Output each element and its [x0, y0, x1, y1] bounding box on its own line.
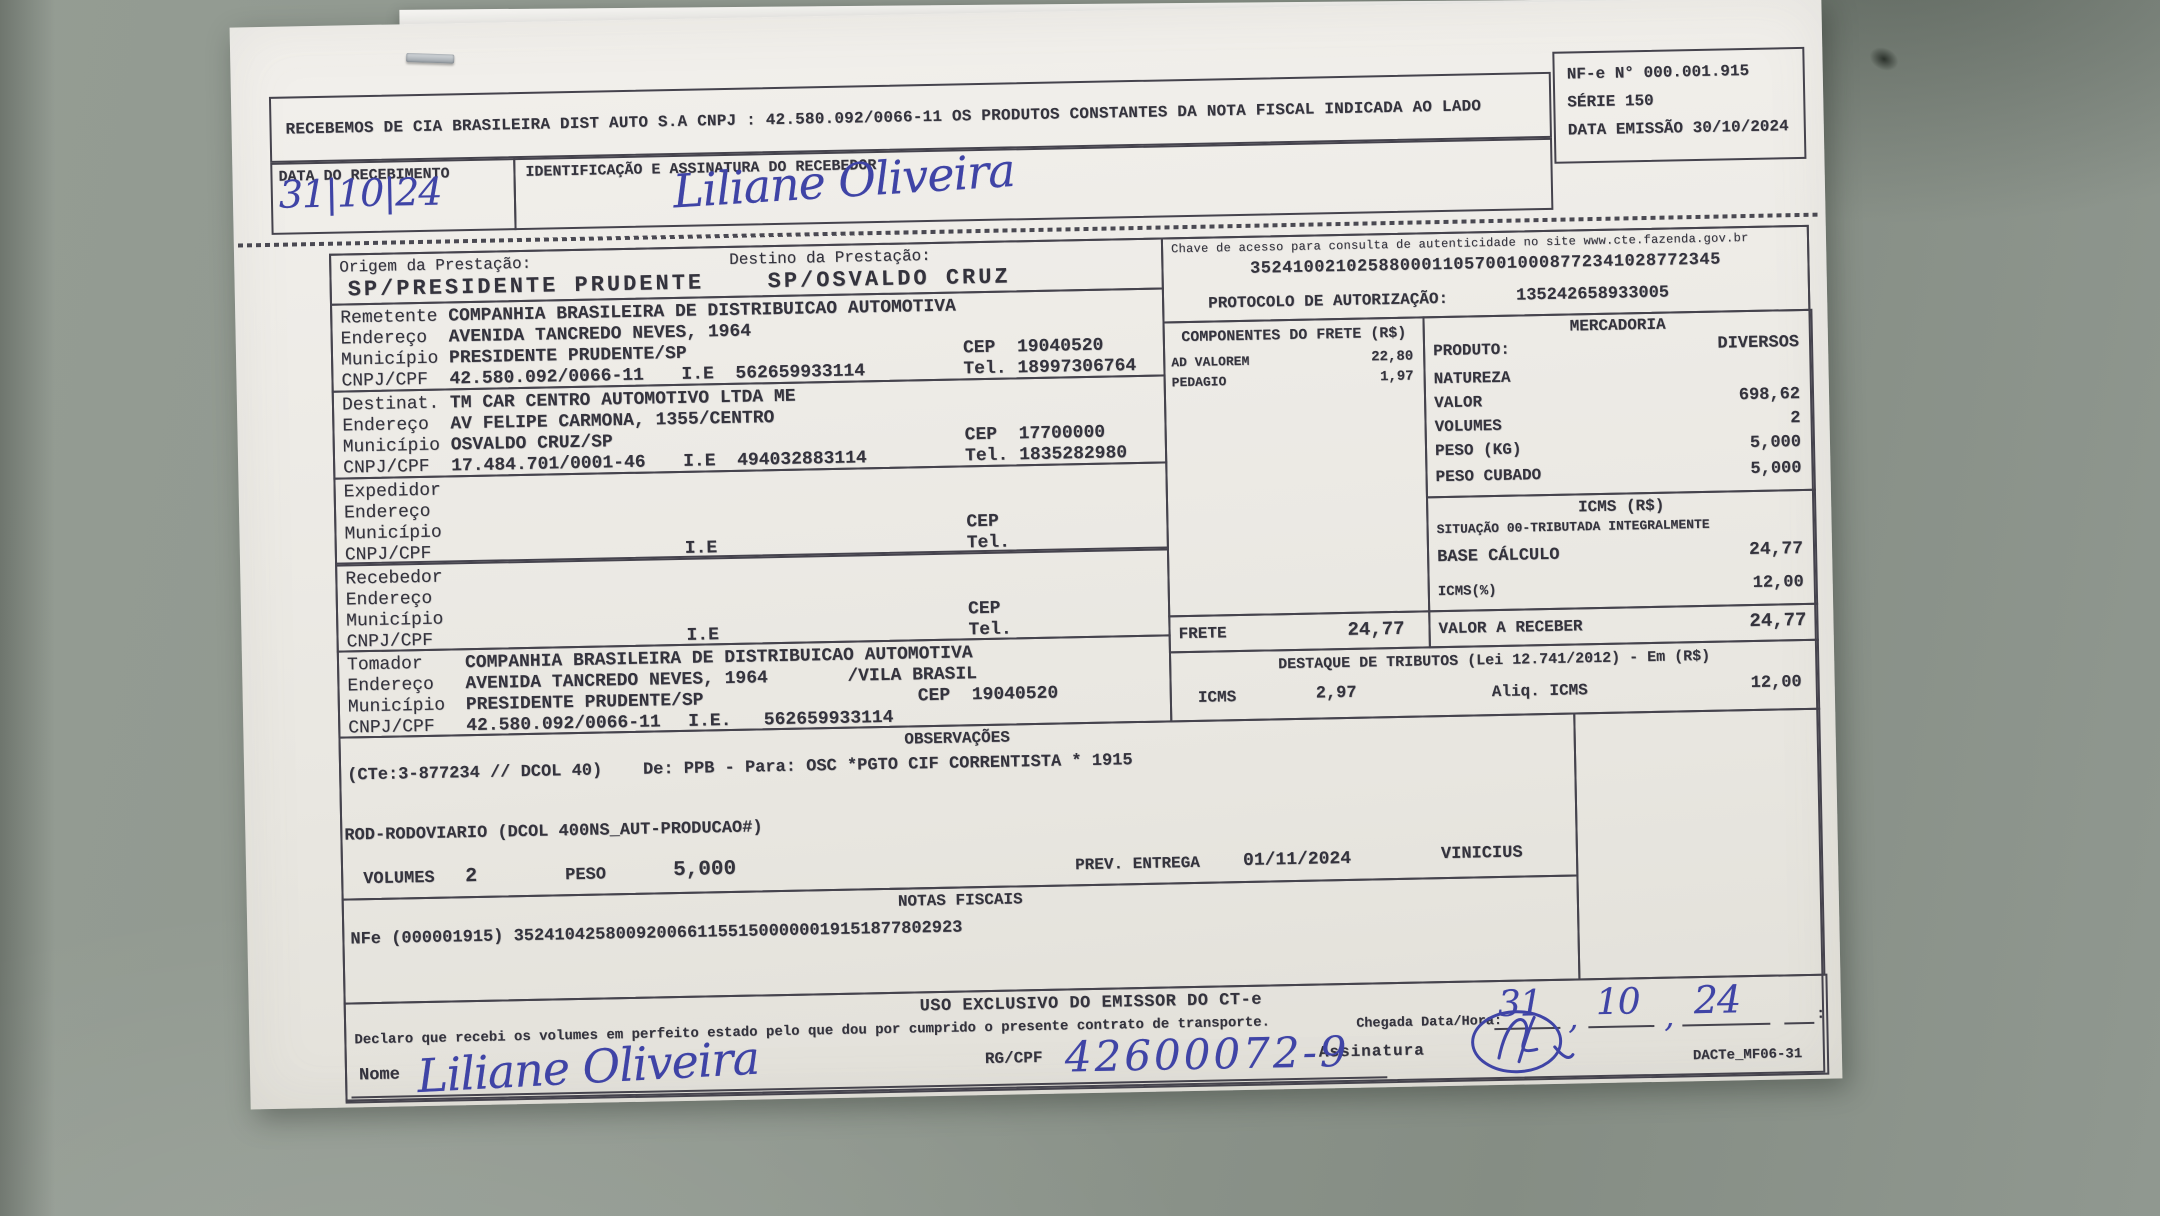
frete-label: FRETE	[1178, 624, 1226, 643]
rg-cpf-handwriting: 42600072-9	[1064, 1027, 1350, 1082]
protocolo-label: PROTOCOLO DE AUTORIZAÇÃO:	[1208, 290, 1448, 313]
nome-label: Nome	[359, 1066, 400, 1086]
componente-value: 22,80	[1371, 349, 1413, 366]
base-calculo-value: 24,77	[1749, 539, 1803, 560]
chegada-mes-line	[1588, 1025, 1654, 1028]
nfe-data-emissao: DATA EMISSÃO 30/10/2024	[1568, 117, 1789, 139]
icms-title: ICMS (R$)	[1428, 494, 1814, 520]
photo-background: RECEBEMOS DE CIA BRASILEIRA DIST AUTO S.…	[0, 0, 2160, 1216]
data-recebimento-handwriting: 31|10|24	[278, 170, 442, 217]
staple	[406, 53, 454, 64]
chegada-mes-handwriting: 10	[1595, 981, 1640, 1023]
destaque-aliq-label: Aliq. ICMS	[1492, 681, 1588, 701]
main-form: Origem da Prestação: SP/PRESIDENTE PRUDE…	[329, 225, 1825, 1102]
protocolo-value: 135242658933005	[1516, 284, 1669, 306]
prev-entrega-label: PREV. ENTREGA	[1075, 854, 1200, 874]
party-endereco: Endereço	[346, 589, 433, 611]
party-endereco: Endereço	[344, 502, 431, 524]
obs-volumes-label: VOLUMES	[363, 869, 435, 889]
nfe-number: NF-e N° 000.001.915	[1567, 62, 1750, 84]
observacoes-line2: ROD-RODOVIARIO (DCOL 400NS_AUT-PRODUCAO#…	[344, 818, 763, 845]
chegada-ano-line	[1682, 1023, 1770, 1027]
nfe-serie: SÉRIE 150	[1567, 92, 1654, 112]
componente-value: 1,97	[1380, 369, 1414, 386]
icms-box: ICMS (R$) SITUAÇÃO 00-TRIBUTADA INTEGRAL…	[1426, 489, 1818, 613]
componentes-frete-box: COMPONENTES DO FRETE (R$) AD VALOREM 22,…	[1162, 316, 1430, 617]
componentes-title: COMPONENTES DO FRETE (R$)	[1165, 324, 1423, 346]
expedidor-box: Expedidor Endereço Município CEP CNPJ/CP…	[333, 461, 1169, 564]
obs-peso-value: 5,000	[673, 858, 736, 882]
valor-receber-value: 24,77	[1749, 609, 1806, 632]
doc-code: DACTe_MF06-31	[1693, 1046, 1803, 1064]
destaque-icms-value: 2,97	[1316, 684, 1357, 704]
chegada-hora-line	[1784, 1022, 1814, 1025]
obs-volumes-value: 2	[465, 865, 477, 888]
peso-cubado-label: PESO CUBADO	[1435, 466, 1541, 486]
base-calculo-label: BASE CÁLCULO	[1437, 546, 1560, 567]
assinatura-scribble-icon	[1466, 999, 1578, 1085]
party-tel: Tel.	[967, 533, 1011, 554]
icms-aliq-label: ICMS(%)	[1438, 583, 1497, 600]
frete-value: 24,77	[1347, 618, 1404, 641]
natureza-label: NATUREZA	[1434, 369, 1511, 388]
party-bairro: /VILA BRASIL	[847, 664, 977, 687]
party-cep: CEP	[968, 599, 1001, 620]
valor-receber-label: VALOR A RECEBER	[1438, 617, 1582, 638]
uso-exclusivo-title: USO EXCLUSIVO DO EMISSOR DO CT-e	[919, 991, 1262, 1017]
prev-entrega-value: 01/11/2024	[1243, 849, 1351, 871]
party-role: Recebedor	[345, 568, 443, 590]
chave-acesso-box: Chave de acesso para consulta de autenti…	[1161, 225, 1811, 324]
componente-label: AD VALOREM	[1171, 354, 1249, 371]
produto-label: PRODUTO:	[1433, 341, 1510, 360]
volumes-label: VOLUMES	[1434, 417, 1502, 436]
chegada-ano-handwriting: 24	[1693, 977, 1740, 1022]
party-cep: CEP	[966, 512, 999, 533]
chegada-colon: :	[1816, 1006, 1825, 1023]
party-municipio: Município	[346, 610, 444, 632]
notas-line: NFe (000001915) 352410425800920066115515…	[350, 919, 962, 950]
produto-value: DIVERSOS	[1717, 333, 1799, 354]
destaque-icms-label: ICMS	[1198, 688, 1237, 707]
party-role: Expedidor	[343, 481, 441, 503]
valor-value: 698,62	[1739, 385, 1801, 405]
peso-cubado-value: 5,000	[1750, 459, 1801, 479]
party-municipio: Município	[344, 523, 442, 545]
destaque-title: DESTAQUE DE TRIBUTOS (Lei 12.741/2012) -…	[1171, 646, 1817, 676]
party-cep: CEP 17700000	[964, 423, 1105, 446]
mercadoria-box: MERCADORIA PRODUTO: DIVERSOS NATUREZA VA…	[1422, 309, 1815, 499]
icms-aliq-value: 12,00	[1753, 573, 1804, 593]
party-ie: I.E	[685, 538, 718, 559]
rg-cpf-label: RG/CPF	[985, 1049, 1043, 1068]
icms-situacao: SITUAÇÃO 00-TRIBUTADA INTEGRALMENTE	[1436, 517, 1709, 537]
party-cep: CEP 19040520	[918, 684, 1059, 707]
valor-label: VALOR	[1434, 393, 1482, 412]
conferente-name: VINICIUS	[1441, 844, 1523, 865]
right-empty-box	[1573, 708, 1825, 981]
peso-label: PESO (KG)	[1435, 440, 1522, 460]
destaque-aliq-value: 12,00	[1750, 673, 1801, 693]
observacoes-box: OBSERVAÇÕES (CTe:3-877234 // DCOL 40) De…	[338, 712, 1578, 900]
dacte-document: RECEBEMOS DE CIA BRASILEIRA DIST AUTO S.…	[230, 0, 1843, 1109]
volumes-value: 2	[1790, 409, 1801, 428]
obs-peso-label: PESO	[565, 865, 606, 885]
componente-label: PEDAGIO	[1172, 374, 1227, 390]
party-cep: CEP 19040520	[963, 336, 1104, 359]
desk-smudge	[1866, 43, 1902, 76]
origem-label: Origem da Prestação:	[339, 255, 531, 277]
nfe-box: NF-e N° 000.001.915 SÉRIE 150 DATA EMISS…	[1552, 47, 1806, 164]
destino-value: SP/OSVALDO CRUZ	[767, 264, 1010, 294]
peso-value: 5,000	[1750, 433, 1801, 453]
chegada-sep2-handwriting: ,	[1664, 997, 1674, 1035]
stub-header-text: RECEBEMOS DE CIA BRASILEIRA DIST AUTO S.…	[285, 97, 1481, 138]
